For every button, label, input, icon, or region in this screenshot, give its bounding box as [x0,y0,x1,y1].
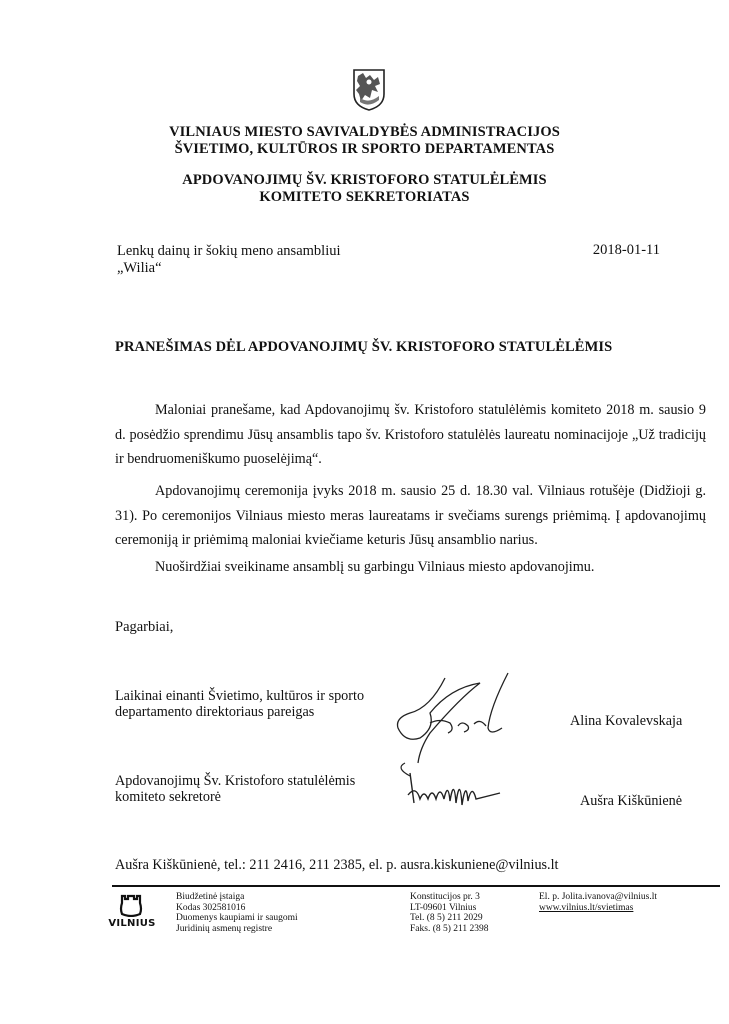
signatory-role: Apdovanojimų Šv. Kristoforo statulėlėmis… [115,773,355,805]
addressee-name: Lenkų dainų ir šokių meno ansambliui [117,242,341,260]
header-administration: VILNIAUS MIESTO SAVIVALDYBĖS ADMINISTRAC… [0,124,729,141]
body-paragraph: Apdovanojimų ceremonija įvyks 2018 m. sa… [115,479,706,553]
footer-email-link[interactable]: El. p. Jolita.ivanova@vilnius.lt [539,892,657,903]
footer-website-link[interactable]: www.vilnius.lt/svietimas [539,903,657,914]
addressee-ensemble: „Wilia“ [117,259,162,277]
contact-info: Aušra Kiškūnienė, tel.: 211 2416, 211 23… [115,857,559,874]
paragraph-text: Maloniai pranešame, kad Apdovanojimų šv.… [115,398,706,472]
signatory-role: Laikinai einanti Švietimo, kultūros ir s… [115,688,364,720]
footer-line: Biudžetinė įstaiga [176,892,298,903]
vilnius-tower-logo-icon [113,893,149,917]
footer-line: Juridinių asmenų registre [176,924,298,935]
footer-line: Kodas 302581016 [176,903,298,914]
role-line: Laikinai einanti Švietimo, kultūros ir s… [115,688,364,704]
footer-line: LT-09601 Vilnius [410,903,489,914]
footer-address: Konstitucijos pr. 3 LT-09601 Vilnius Tel… [410,892,489,934]
handwritten-signature-icon [390,668,560,778]
paragraph-text: Apdovanojimų ceremonija įvyks 2018 m. sa… [115,479,706,553]
header-secretariat: KOMITETO SEKRETORIATAS [0,189,729,206]
footer-line: Faks. (8 5) 211 2398 [410,924,489,935]
signatory-name: Aušra Kiškūnienė [580,793,682,810]
document-title: PRANEŠIMAS DĖL APDOVANOJIMŲ ŠV. KRISTOFO… [115,339,612,356]
footer-line: Tel. (8 5) 211 2029 [410,913,489,924]
footer-divider [112,885,720,887]
document-date: 2018-01-11 [593,242,660,259]
body-paragraph: Maloniai pranešame, kad Apdovanojimų šv.… [115,398,706,472]
header-department: ŠVIETIMO, KULTŪROS IR SPORTO DEPARTAMENT… [0,141,729,158]
closing-greeting: Pagarbiai, [115,619,173,636]
footer-online-contacts: El. p. Jolita.ivanova@vilnius.lt www.vil… [539,892,657,913]
vilnius-coat-of-arms-icon [352,68,386,112]
footer-line: Konstitucijos pr. 3 [410,892,489,903]
handwritten-signature-icon [390,765,520,815]
role-line: departamento direktoriaus pareigas [115,704,364,720]
paragraph-text: Nuoširdžiai sveikiname ansamblį su garbi… [115,555,706,580]
role-line: komiteto sekretorė [115,789,355,805]
signatory-name: Alina Kovalevskaja [570,713,682,730]
header-committee: APDOVANOJIMŲ ŠV. KRISTOFORO STATULĖLĖMIS [0,172,729,189]
footer-line: Duomenys kaupiami ir saugomi [176,913,298,924]
body-paragraph: Nuoširdžiai sveikiname ansamblį su garbi… [115,555,706,580]
role-line: Apdovanojimų Šv. Kristoforo statulėlėmis [115,773,355,789]
footer-logo-text: VILNIUS [103,918,161,929]
footer-institution-info: Biudžetinė įstaiga Kodas 302581016 Duome… [176,892,298,934]
